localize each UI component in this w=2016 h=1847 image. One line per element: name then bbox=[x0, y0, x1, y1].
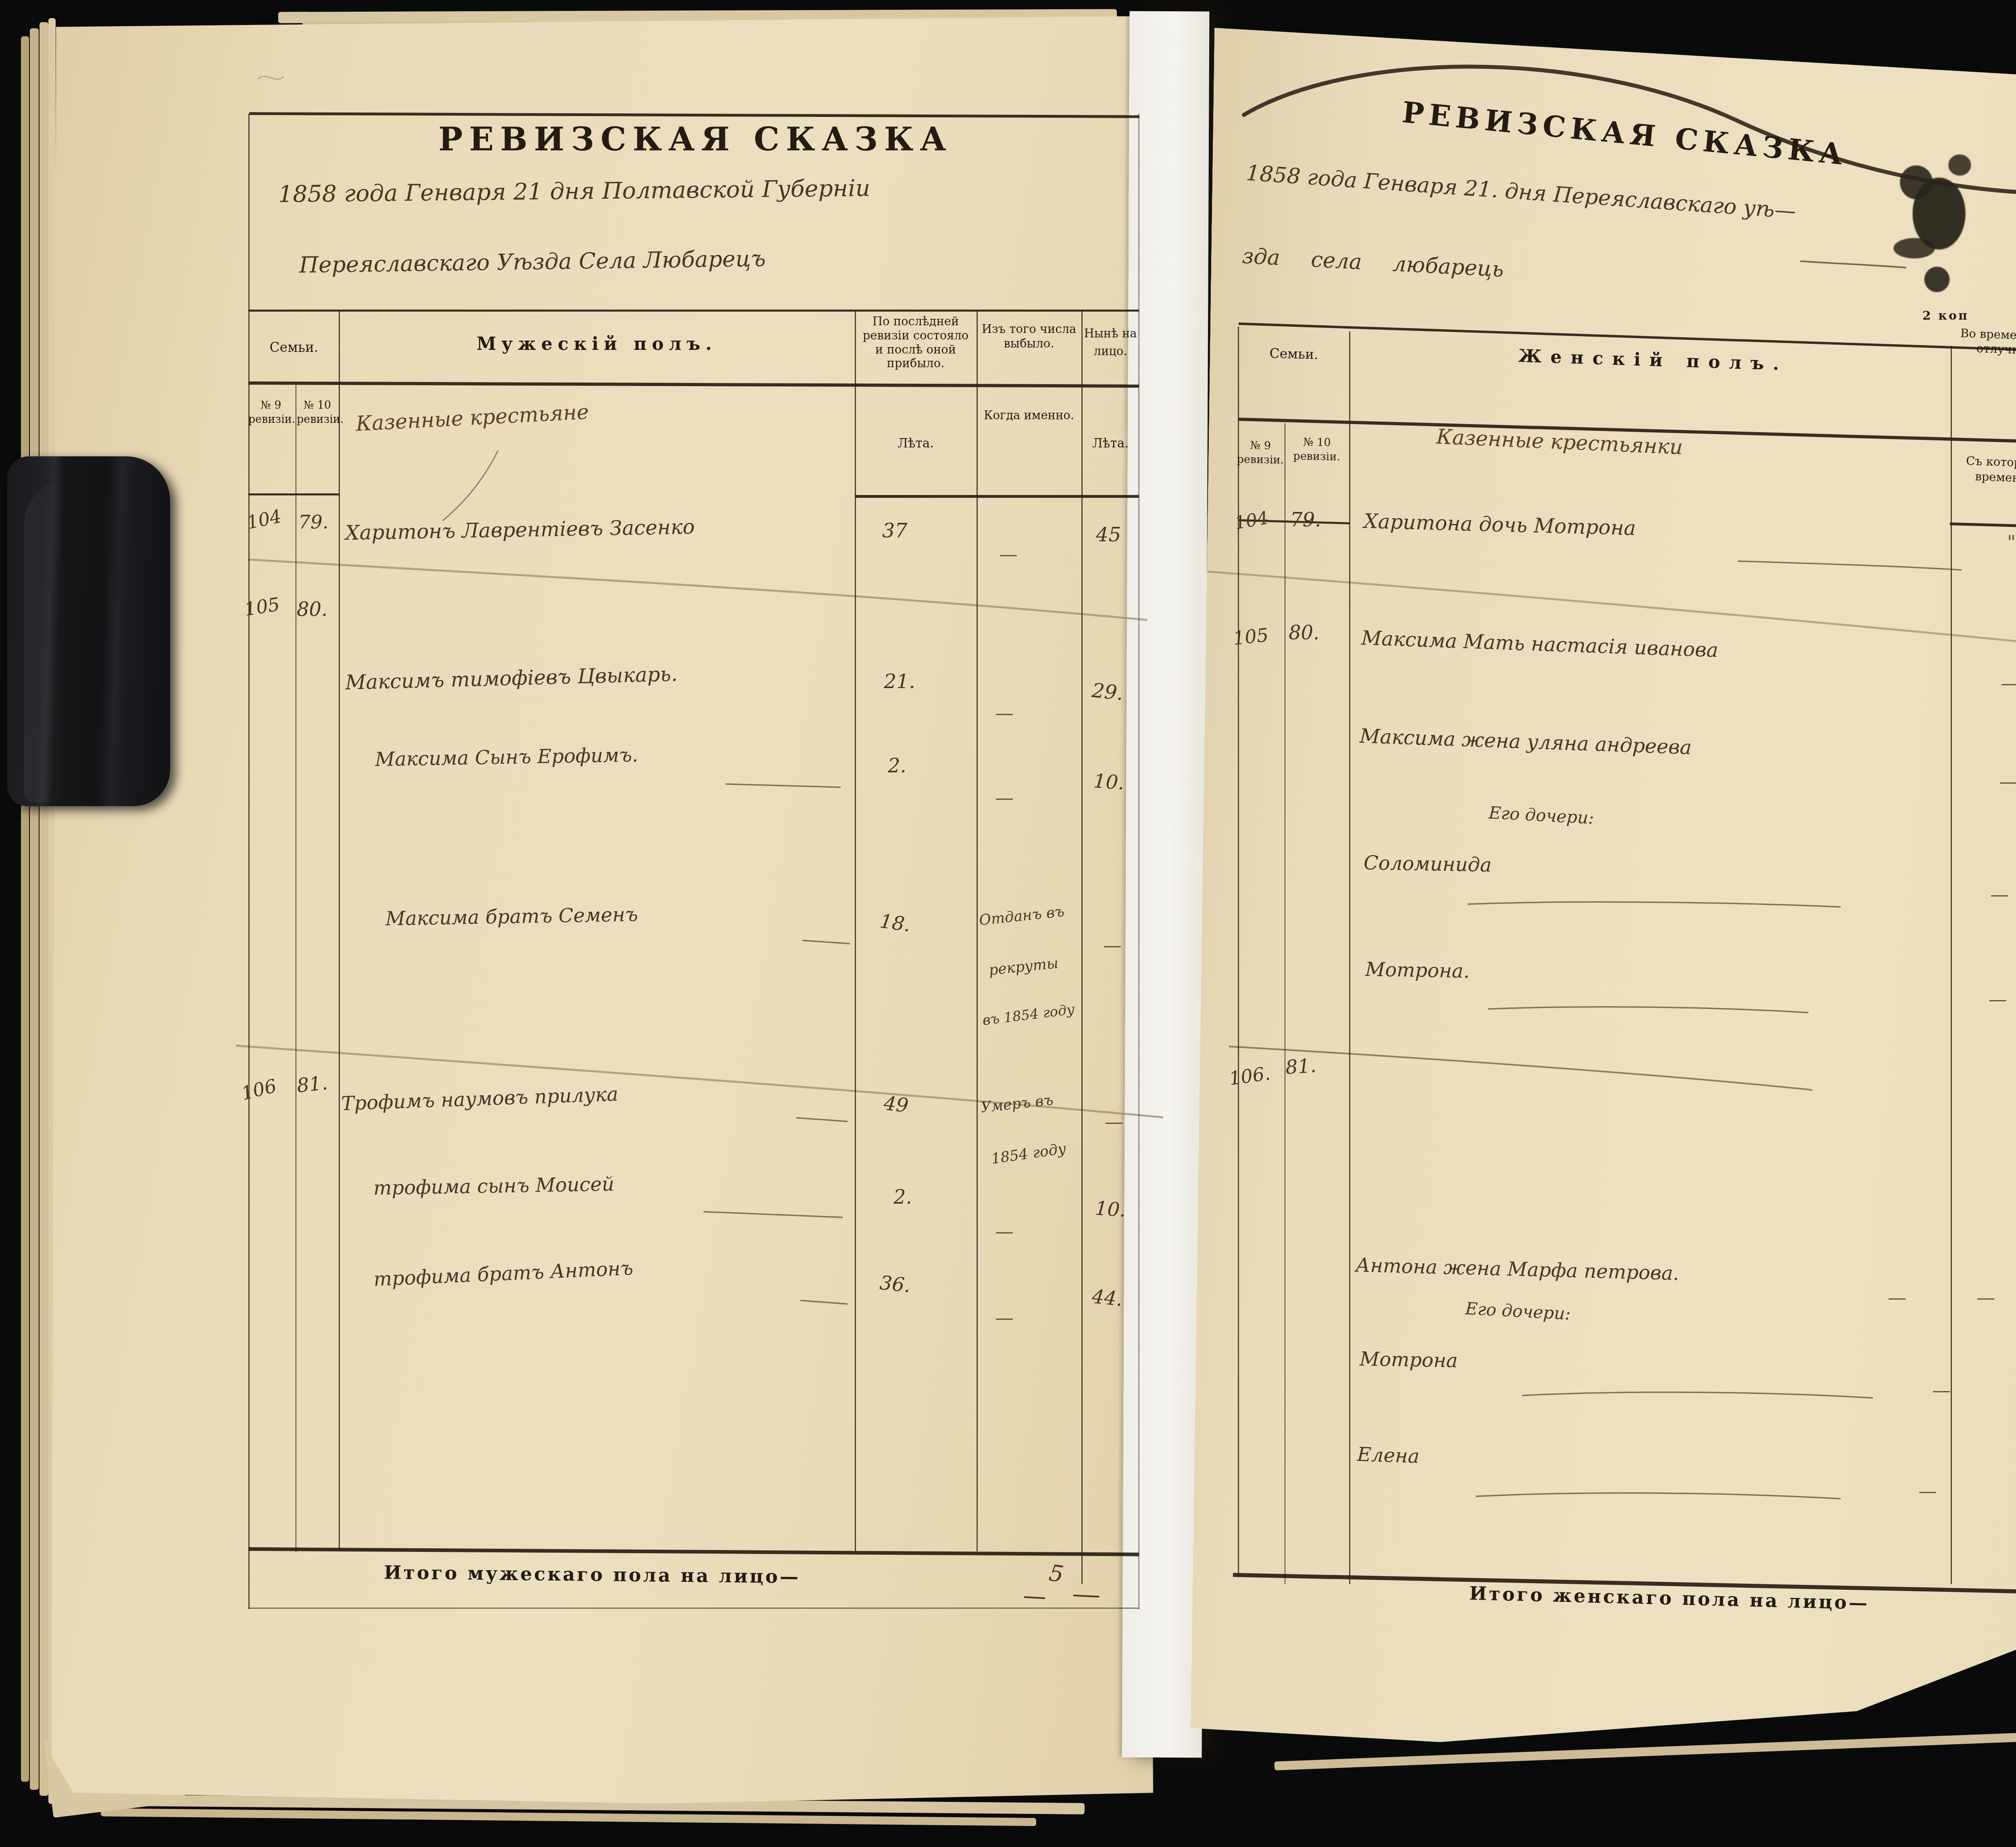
cell-dash: — bbox=[1976, 1287, 1995, 1308]
cell-rev10: 81. bbox=[296, 1071, 329, 1097]
cell-ditto: " bbox=[2007, 531, 2016, 553]
cell-dash: — bbox=[1105, 1111, 1123, 1133]
cell-dash: — bbox=[995, 702, 1014, 724]
col-header-years1: Лѣта. bbox=[858, 436, 973, 451]
cell-rev10: 80. bbox=[297, 598, 327, 621]
col-header-present: Нынѣ на лицо. bbox=[1084, 325, 1137, 360]
cell-rev10: 80. bbox=[1289, 622, 1319, 644]
stamp-denomination: 2 коп bbox=[1922, 309, 1969, 323]
col-header-rev10: № 10 ревизіи. bbox=[297, 398, 338, 426]
cell-dash: — bbox=[2001, 672, 2016, 694]
cell-age-last: 36. bbox=[879, 1271, 912, 1297]
cell-dash: — bbox=[1103, 934, 1122, 956]
revenue-stamp-eagle bbox=[1885, 134, 1989, 307]
col-header-departed: Изъ того числа выбыло. bbox=[979, 322, 1079, 351]
cell-dash: — bbox=[999, 543, 1018, 565]
cell-age-now: 45 bbox=[1096, 523, 1121, 546]
cell-age-last: 37 bbox=[882, 519, 907, 542]
col-header-gender: Мужескій полъ. bbox=[347, 334, 847, 354]
cell-name: Мотрона. bbox=[1365, 958, 1599, 985]
column-line bbox=[977, 310, 978, 1551]
col-header-rev10: № 10 ревизіи. bbox=[1286, 435, 1347, 464]
col-header-when: Когда именно. bbox=[979, 408, 1079, 423]
page-edge-stack bbox=[30, 28, 39, 1790]
cell-age-last: 18. bbox=[878, 910, 912, 936]
cell-rev10: 79. bbox=[1290, 509, 1321, 531]
cell-dash: — bbox=[1989, 988, 2007, 1010]
cell-age-last: 21. bbox=[884, 670, 915, 693]
column-line bbox=[296, 385, 296, 1552]
column-line bbox=[339, 310, 340, 1551]
frame-line bbox=[248, 114, 250, 1609]
col-header-since: Съ котораго времени. bbox=[1953, 453, 2016, 487]
cell-age-last: 2. bbox=[893, 1186, 912, 1208]
scanned-book-spread: РЕВИЗСКАЯ СКАЗКА 1858 года Генваря 21 дн… bbox=[0, 0, 2016, 1847]
col-header-last-revision: По послѣдней ревизіи состояло и послѣ он… bbox=[858, 314, 973, 370]
column-line bbox=[1081, 310, 1083, 1584]
cell-dash: — bbox=[1990, 884, 2009, 905]
cell-dash: — bbox=[1888, 1287, 1906, 1308]
cell-age-now: 29. bbox=[1091, 679, 1124, 705]
cell-rev10: 79. bbox=[298, 511, 329, 533]
cell-age-last: 49 bbox=[883, 1092, 910, 1117]
column-line bbox=[855, 310, 856, 1551]
col-header-rev9: № 9 ревизіи. bbox=[1237, 438, 1284, 467]
cell-age-now: 10. bbox=[1094, 1197, 1127, 1221]
cell-name: Мотрона bbox=[1360, 1348, 1570, 1374]
cell-dash: — bbox=[995, 1307, 1014, 1329]
col-header-absence: Во временной отлучкѣ. bbox=[1953, 326, 2016, 358]
cell-dash: — bbox=[1918, 1480, 1937, 1502]
cell-dash: — bbox=[1999, 771, 2016, 792]
cell-name: Соломинида bbox=[1364, 852, 1614, 879]
cell-dash: — bbox=[995, 787, 1014, 809]
page-edge-stack bbox=[21, 36, 29, 1782]
subheader-underline bbox=[855, 495, 1139, 498]
cell-age-now: 10. bbox=[1093, 770, 1125, 794]
table-top-line bbox=[248, 310, 1139, 312]
col-header-family: Семьи. bbox=[1239, 344, 1350, 363]
cell-age-now: 44. bbox=[1091, 1285, 1124, 1311]
column-line bbox=[1285, 423, 1285, 1584]
cell-dash: — bbox=[995, 1221, 1014, 1242]
cell-rev9: 105 bbox=[1232, 624, 1269, 649]
cell-rev10: 81. bbox=[1285, 1054, 1317, 1079]
column-line bbox=[1349, 331, 1350, 1584]
frame-line bbox=[1138, 114, 1139, 1609]
binder-clip-ridge bbox=[24, 480, 117, 802]
page-title: РЕВИЗСКАЯ СКАЗКА bbox=[363, 120, 1028, 158]
cell-age-last: 2. bbox=[888, 755, 906, 777]
subheader-underline bbox=[248, 493, 339, 495]
cell-dash: — bbox=[1932, 1379, 1951, 1401]
page-edge-stack bbox=[40, 22, 48, 1796]
col-header-family: Семьи. bbox=[248, 339, 339, 355]
col-header-years2: Лѣта. bbox=[1084, 436, 1137, 451]
column-line bbox=[1951, 346, 1952, 1584]
frame-line bbox=[248, 1608, 1139, 1609]
col-header-rev9: № 9 ревизіи. bbox=[248, 398, 294, 426]
